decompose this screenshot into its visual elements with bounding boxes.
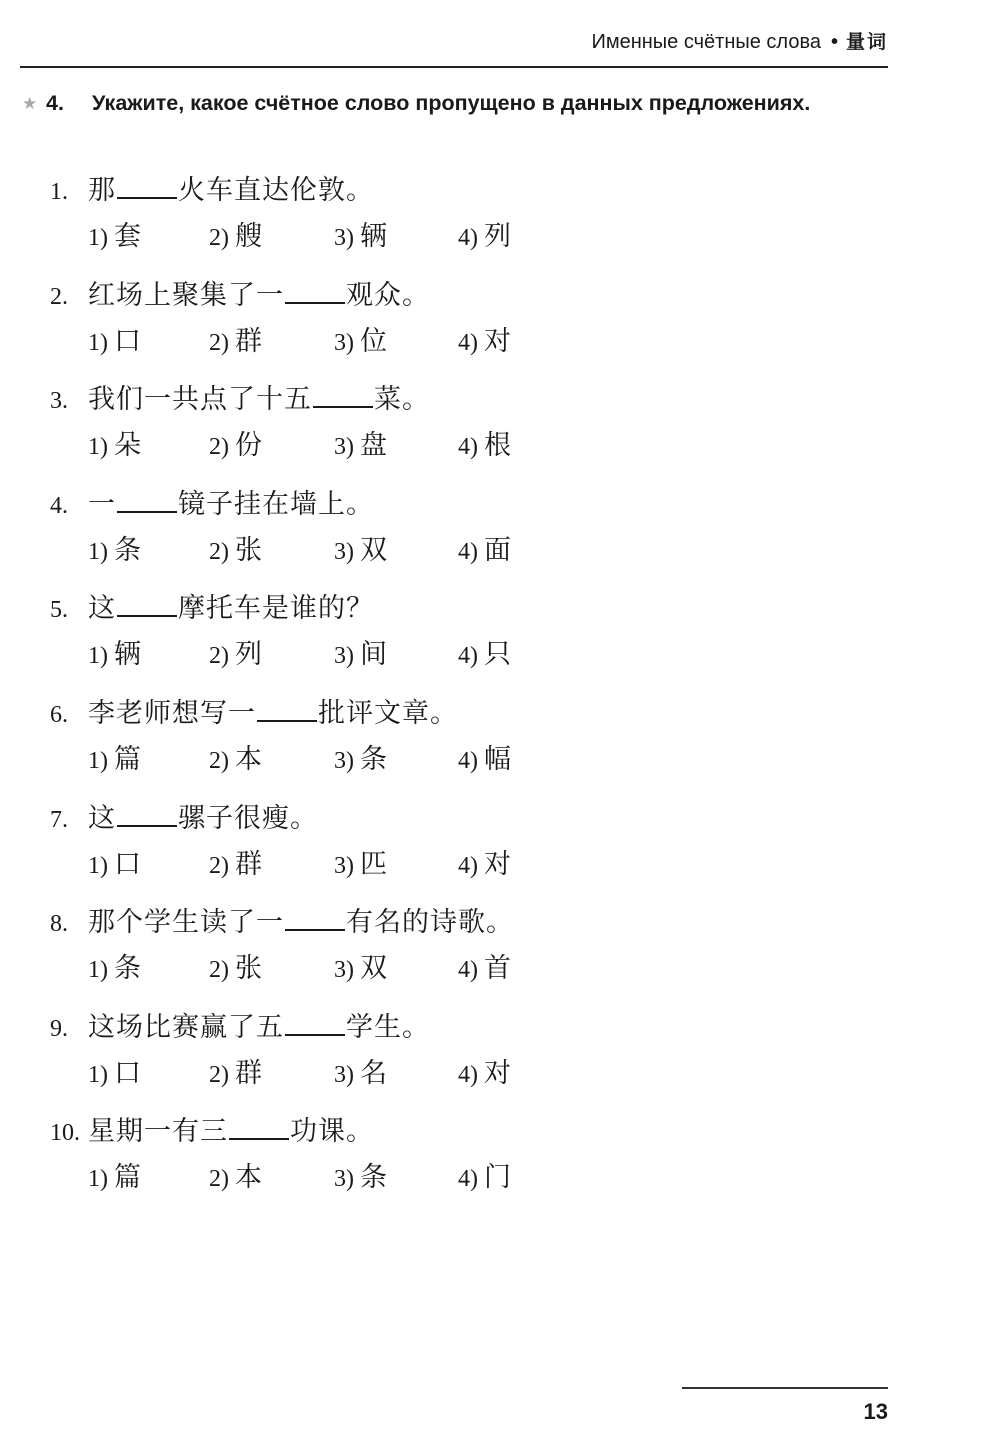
exercise-instruction: Укажите, какое счётное слово пропущено в… xyxy=(92,91,810,115)
running-header: Именные счётные слова•量词 xyxy=(0,28,888,56)
option-text: 本 xyxy=(235,1162,262,1192)
answer-option: 2)张 xyxy=(209,530,262,572)
answer-blank xyxy=(117,589,177,617)
question-sentence: 8.那个学生读了一有名的诗歌。 xyxy=(50,902,514,942)
option-label: 1) xyxy=(88,643,108,669)
question-number: 2. xyxy=(50,277,88,317)
answer-option: 1)条 xyxy=(88,530,141,572)
footer-divider xyxy=(682,1387,888,1389)
option-label: 4) xyxy=(458,1166,478,1192)
option-label: 2) xyxy=(209,748,229,774)
option-label: 1) xyxy=(88,330,108,356)
question-item: 10.星期一有三功课。 1)篇 2)本 3)条 4)门 xyxy=(50,1111,850,1216)
sentence-after-blank: 学生。 xyxy=(346,1012,430,1042)
question-item: 4.一镜子挂在墙上。 1)条 2)张 3)双 4)面 xyxy=(50,484,850,589)
option-text: 篇 xyxy=(114,1162,141,1192)
option-label: 2) xyxy=(209,1062,229,1088)
answer-blank xyxy=(117,171,177,199)
header-divider xyxy=(20,66,888,68)
sentence-after-blank: 镜子挂在墙上。 xyxy=(178,489,374,519)
answer-blank xyxy=(257,694,317,722)
answer-option: 3)盘 xyxy=(334,425,387,467)
option-label: 3) xyxy=(334,1166,354,1192)
option-label: 3) xyxy=(334,957,354,983)
section-title-chinese: 量词 xyxy=(846,31,888,53)
header-separator: • xyxy=(831,28,838,56)
answer-option: 4)首 xyxy=(458,948,511,990)
answer-option: 3)辆 xyxy=(334,216,387,258)
answer-option: 1)条 xyxy=(88,948,141,990)
answer-blank xyxy=(285,276,345,304)
answer-option: 1)辆 xyxy=(88,634,141,676)
option-label: 4) xyxy=(458,748,478,774)
option-text: 群 xyxy=(235,326,262,356)
option-text: 幅 xyxy=(484,744,511,774)
option-label: 3) xyxy=(334,748,354,774)
question-item: 8.那个学生读了一有名的诗歌。 1)条 2)张 3)双 4)首 xyxy=(50,902,850,1007)
option-text: 口 xyxy=(114,1058,141,1088)
option-label: 4) xyxy=(458,434,478,460)
option-text: 双 xyxy=(360,535,387,565)
option-text: 对 xyxy=(484,849,511,879)
sentence-before-blank: 红场上聚集了一 xyxy=(88,280,284,310)
sentence-before-blank: 李老师想写一 xyxy=(88,698,256,728)
option-label: 3) xyxy=(334,1062,354,1088)
star-icon: ★ xyxy=(22,89,40,119)
question-sentence: 6.李老师想写一批评文章。 xyxy=(50,693,458,733)
sentence-after-blank: 有名的诗歌。 xyxy=(346,907,514,937)
answer-option: 1)口 xyxy=(88,1053,141,1095)
option-text: 本 xyxy=(235,744,262,774)
option-text: 列 xyxy=(235,639,262,669)
option-label: 2) xyxy=(209,853,229,879)
option-text: 朵 xyxy=(114,430,141,460)
section-title: Именные счётные слова xyxy=(591,31,821,53)
answer-option: 4)幅 xyxy=(458,739,511,781)
answer-option: 1)口 xyxy=(88,844,141,886)
answer-option: 1)口 xyxy=(88,321,141,363)
answer-option: 3)位 xyxy=(334,321,387,363)
question-sentence: 7.这骡子很瘦。 xyxy=(50,798,318,838)
option-text: 位 xyxy=(360,326,387,356)
question-number: 4. xyxy=(50,486,88,526)
option-text: 对 xyxy=(484,1058,511,1088)
option-text: 匹 xyxy=(360,849,387,879)
sentence-before-blank: 我们一共点了十五 xyxy=(88,384,312,414)
option-text: 张 xyxy=(235,535,262,565)
question-sentence: 10.星期一有三功课。 xyxy=(50,1111,374,1151)
option-label: 4) xyxy=(458,853,478,879)
option-label: 4) xyxy=(458,643,478,669)
question-number: 1. xyxy=(50,172,88,212)
answer-option: 3)条 xyxy=(334,739,387,781)
answer-option: 4)列 xyxy=(458,216,511,258)
question-number: 8. xyxy=(50,904,88,944)
option-text: 列 xyxy=(484,221,511,251)
option-text: 口 xyxy=(114,849,141,879)
option-text: 首 xyxy=(484,953,511,983)
option-text: 只 xyxy=(484,639,511,669)
question-item: 5.这摩托车是谁的？ 1)辆 2)列 3)间 4)只 xyxy=(50,588,850,693)
question-number: 3. xyxy=(50,381,88,421)
sentence-before-blank: 这 xyxy=(88,803,116,833)
option-text: 对 xyxy=(484,326,511,356)
answer-blank xyxy=(285,1008,345,1036)
option-label: 1) xyxy=(88,225,108,251)
question-sentence: 1.那火车直达伦敦。 xyxy=(50,170,374,210)
sentence-before-blank: 星期一有三 xyxy=(88,1116,228,1146)
question-number: 7. xyxy=(50,800,88,840)
answer-option: 1)套 xyxy=(88,216,141,258)
question-item: 1.那火车直达伦敦。 1)套 2)艘 3)辆 4)列 xyxy=(50,170,850,275)
question-item: 7.这骡子很瘦。 1)口 2)群 3)匹 4)对 xyxy=(50,798,850,903)
question-sentence: 3.我们一共点了十五菜。 xyxy=(50,379,430,419)
option-label: 2) xyxy=(209,225,229,251)
sentence-after-blank: 批评文章。 xyxy=(318,698,458,728)
sentence-after-blank: 摩托车是谁的？ xyxy=(178,593,374,623)
option-text: 条 xyxy=(360,744,387,774)
option-text: 群 xyxy=(235,1058,262,1088)
answer-option: 2)列 xyxy=(209,634,262,676)
option-label: 2) xyxy=(209,643,229,669)
option-label: 3) xyxy=(334,539,354,565)
option-label: 1) xyxy=(88,434,108,460)
option-text: 口 xyxy=(114,326,141,356)
option-text: 门 xyxy=(484,1162,511,1192)
answer-option: 2)本 xyxy=(209,739,262,781)
option-text: 份 xyxy=(235,430,262,460)
option-text: 条 xyxy=(114,535,141,565)
option-label: 2) xyxy=(209,957,229,983)
option-text: 群 xyxy=(235,849,262,879)
answer-option: 4)对 xyxy=(458,844,511,886)
sentence-after-blank: 火车直达伦敦。 xyxy=(178,175,374,205)
option-label: 4) xyxy=(458,225,478,251)
question-sentence: 9.这场比赛赢了五学生。 xyxy=(50,1007,430,1047)
answer-option: 4)只 xyxy=(458,634,511,676)
answer-option: 4)对 xyxy=(458,321,511,363)
option-label: 1) xyxy=(88,1166,108,1192)
question-item: 6.李老师想写一批评文章。 1)篇 2)本 3)条 4)幅 xyxy=(50,693,850,798)
option-text: 名 xyxy=(360,1058,387,1088)
answer-option: 2)艘 xyxy=(209,216,262,258)
question-list: 1.那火车直达伦敦。 1)套 2)艘 3)辆 4)列 2.红场上聚集了一观众。 … xyxy=(50,170,850,1216)
option-text: 间 xyxy=(360,639,387,669)
answer-option: 2)份 xyxy=(209,425,262,467)
option-text: 条 xyxy=(114,953,141,983)
option-label: 2) xyxy=(209,539,229,565)
answer-option: 4)面 xyxy=(458,530,511,572)
option-label: 4) xyxy=(458,1062,478,1088)
option-text: 艘 xyxy=(235,221,262,251)
option-text: 条 xyxy=(360,1162,387,1192)
question-item: 9.这场比赛赢了五学生。 1)口 2)群 3)名 4)对 xyxy=(50,1007,850,1112)
option-label: 4) xyxy=(458,330,478,356)
answer-option: 2)张 xyxy=(209,948,262,990)
option-text: 根 xyxy=(484,430,511,460)
sentence-after-blank: 功课。 xyxy=(290,1116,374,1146)
option-label: 3) xyxy=(334,330,354,356)
answer-option: 2)群 xyxy=(209,844,262,886)
option-text: 套 xyxy=(114,221,141,251)
option-label: 2) xyxy=(209,434,229,460)
answer-blank xyxy=(285,903,345,931)
option-label: 1) xyxy=(88,748,108,774)
option-label: 1) xyxy=(88,539,108,565)
answer-option: 3)条 xyxy=(334,1157,387,1199)
sentence-after-blank: 观众。 xyxy=(346,280,430,310)
answer-option: 1)朵 xyxy=(88,425,141,467)
sentence-before-blank: 一 xyxy=(88,489,116,519)
option-label: 2) xyxy=(209,1166,229,1192)
sentence-after-blank: 骡子很瘦。 xyxy=(178,803,318,833)
answer-option: 3)双 xyxy=(334,948,387,990)
option-text: 面 xyxy=(484,535,511,565)
answer-option: 3)匹 xyxy=(334,844,387,886)
question-item: 3.我们一共点了十五菜。 1)朵 2)份 3)盘 4)根 xyxy=(50,379,850,484)
option-text: 双 xyxy=(360,953,387,983)
option-label: 1) xyxy=(88,957,108,983)
option-label: 3) xyxy=(334,853,354,879)
answer-blank xyxy=(313,380,373,408)
exercise-number: 4. xyxy=(46,88,92,118)
option-text: 盘 xyxy=(360,430,387,460)
answer-option: 3)间 xyxy=(334,634,387,676)
sentence-before-blank: 那个学生读了一 xyxy=(88,907,284,937)
question-number: 6. xyxy=(50,695,88,735)
question-sentence: 5.这摩托车是谁的？ xyxy=(50,588,374,628)
sentence-before-blank: 这 xyxy=(88,593,116,623)
answer-blank xyxy=(117,799,177,827)
answer-option: 4)门 xyxy=(458,1157,511,1199)
answer-option: 1)篇 xyxy=(88,1157,141,1199)
answer-option: 2)群 xyxy=(209,1053,262,1095)
option-label: 1) xyxy=(88,853,108,879)
answer-option: 1)篇 xyxy=(88,739,141,781)
option-label: 1) xyxy=(88,1062,108,1088)
question-item: 2.红场上聚集了一观众。 1)口 2)群 3)位 4)对 xyxy=(50,275,850,380)
answer-option: 3)名 xyxy=(334,1053,387,1095)
option-label: 2) xyxy=(209,330,229,356)
question-sentence: 4.一镜子挂在墙上。 xyxy=(50,484,374,524)
option-label: 3) xyxy=(334,643,354,669)
sentence-after-blank: 菜。 xyxy=(374,384,430,414)
answer-option: 2)本 xyxy=(209,1157,262,1199)
answer-option: 2)群 xyxy=(209,321,262,363)
option-label: 4) xyxy=(458,957,478,983)
answer-blank xyxy=(117,485,177,513)
answer-option: 3)双 xyxy=(334,530,387,572)
option-text: 辆 xyxy=(360,221,387,251)
option-label: 4) xyxy=(458,539,478,565)
question-number: 9. xyxy=(50,1009,88,1049)
exercise-heading: ★4.Укажите, какое счётное слово пропущен… xyxy=(22,88,902,119)
option-label: 3) xyxy=(334,434,354,460)
page-number: 13 xyxy=(682,1398,888,1426)
answer-blank xyxy=(229,1112,289,1140)
answer-option: 4)根 xyxy=(458,425,511,467)
question-number: 5. xyxy=(50,590,88,630)
option-text: 辆 xyxy=(114,639,141,669)
question-sentence: 2.红场上聚集了一观众。 xyxy=(50,275,430,315)
answer-option: 4)对 xyxy=(458,1053,511,1095)
question-number: 10. xyxy=(50,1113,88,1153)
option-label: 3) xyxy=(334,225,354,251)
option-text: 篇 xyxy=(114,744,141,774)
sentence-before-blank: 那 xyxy=(88,175,116,205)
option-text: 张 xyxy=(235,953,262,983)
sentence-before-blank: 这场比赛赢了五 xyxy=(88,1012,284,1042)
